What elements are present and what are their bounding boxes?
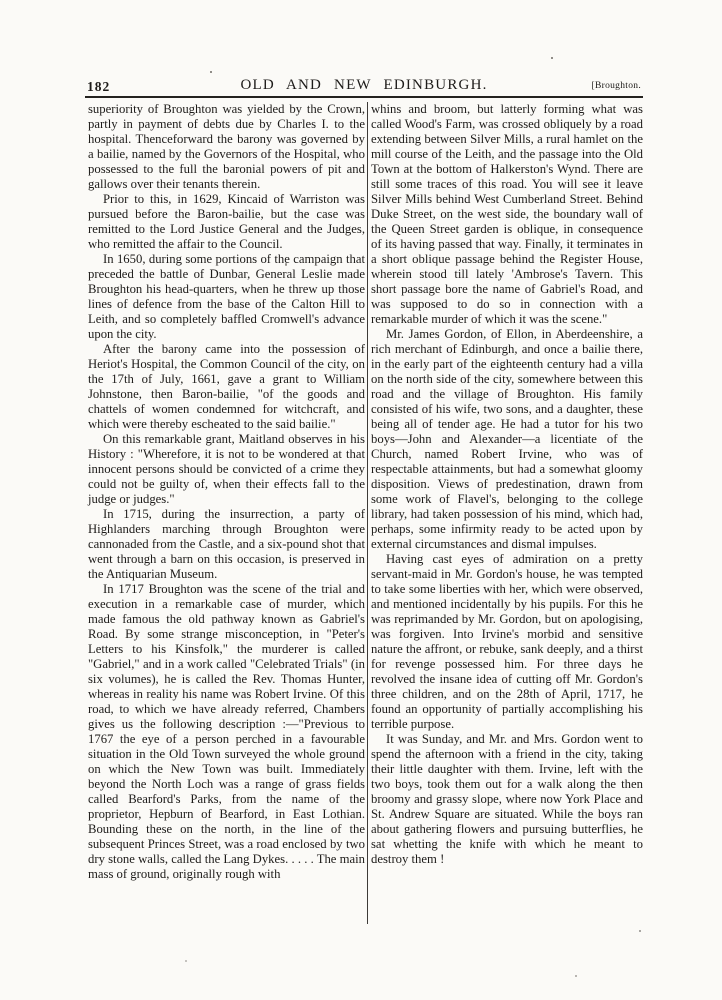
book-page: 182 OLD AND NEW EDINBURGH. [Broughton. s… [0,0,722,1000]
paragraph: It was Sunday, and Mr. and Mrs. Gordon w… [371,732,643,867]
paragraph: Prior to this, in 1629, Kincaid of Warri… [88,192,365,252]
scan-speck [575,975,577,977]
scan-speck [639,930,641,932]
paragraph: Having cast eyes of admiration on a pret… [371,552,643,732]
paragraph: In 1715, during the insurrection, a part… [88,507,365,582]
left-column: superiority of Broughton was yielded by … [88,102,365,924]
page-header: 182 OLD AND NEW EDINBURGH. [Broughton. [85,77,643,94]
paragraph: After the barony came into the possessio… [88,342,365,432]
scan-speck [551,57,553,59]
paragraph: whins and broom, but latterly forming wh… [371,102,643,327]
text-block: superiority of Broughton was yielded by … [88,102,643,924]
column-divider [367,102,368,924]
running-title: OLD AND NEW EDINBURGH. [85,77,643,94]
right-column: whins and broom, but latterly forming wh… [371,102,643,924]
scan-speck [210,71,212,73]
paragraph: On this remarkable grant, Maitland obser… [88,432,365,507]
paragraph: In 1717 Broughton was the scene of the t… [88,582,365,882]
header-rule [85,96,643,98]
scan-speck [185,960,187,962]
paragraph: Mr. James Gordon, of Ellon, in Aberdeens… [371,327,643,552]
section-marker: [Broughton. [592,81,641,91]
paragraph: In 1650, during some portions of the cam… [88,252,365,342]
paragraph: superiority of Broughton was yielded by … [88,102,365,192]
